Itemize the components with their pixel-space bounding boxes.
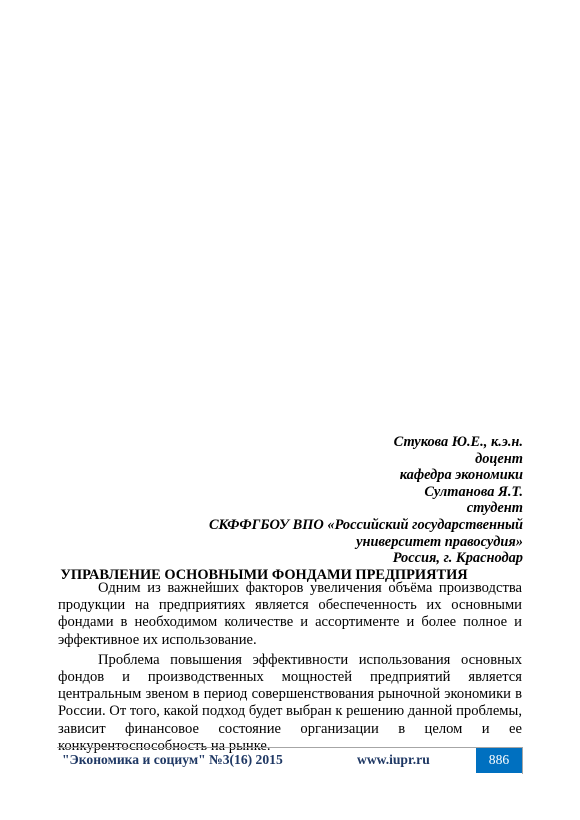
footer-journal-title: "Экономика и социум" №3(16) 2015 (62, 752, 283, 768)
author-position-2: студент (180, 500, 523, 517)
author-position-1: доцент (180, 451, 523, 468)
author-name-2: Султанова Я.Т. (180, 484, 523, 501)
article-body: Одним из важнейших факторов увеличения о… (58, 580, 522, 758)
paragraph: Одним из важнейших факторов увеличения о… (58, 580, 522, 649)
footer-divider-right (522, 747, 523, 774)
footer-website-link[interactable]: www.iupr.ru (357, 752, 430, 768)
author-department: кафедра экономики (180, 467, 523, 484)
page-number-badge: 886 (476, 748, 522, 773)
footer-divider (57, 747, 523, 748)
affiliation-line-2: университет правосудия» (180, 534, 523, 551)
document-page: Стукова Ю.Е., к.э.н. доцент кафедра экон… (0, 0, 580, 820)
author-name-1: Стукова Ю.Е., к.э.н. (180, 434, 523, 451)
affiliation-line-1: СКФФГБОУ ВПО «Российский государственный (180, 517, 523, 534)
location: Россия, г. Краснодар (180, 550, 523, 567)
paragraph: Проблема повышения эффективности использ… (58, 652, 522, 755)
author-block: Стукова Ю.Е., к.э.н. доцент кафедра экон… (180, 434, 523, 567)
